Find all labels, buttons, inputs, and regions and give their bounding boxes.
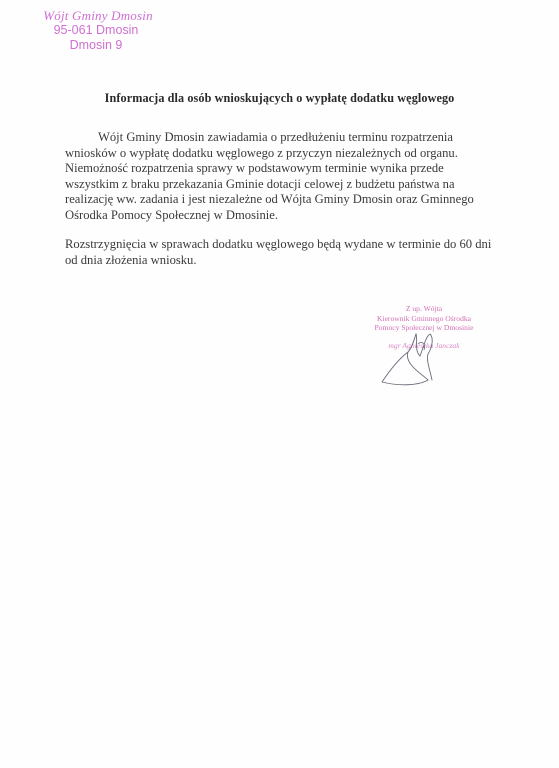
paragraph-line: Rozstrzygnięcia w sprawach dodatku węglo… bbox=[65, 237, 545, 253]
stamp-line-postcode: 95-061 Dmosin bbox=[34, 23, 158, 38]
handwritten-signature-icon bbox=[378, 330, 448, 390]
signature-line-authority: Z up. Wójta bbox=[360, 304, 488, 314]
paragraph-1: Wójt Gminy Dmosin zawiadamia o przedłuże… bbox=[65, 130, 545, 224]
office-stamp: Wójt Gminy Dmosin 95-061 Dmosin Dmosin 9 bbox=[38, 8, 158, 53]
paragraph-line: Niemożność rozpatrzenia sprawy w podstaw… bbox=[65, 161, 545, 177]
paragraph-line: wniosków o wypłatę dodatku węglowego z p… bbox=[65, 146, 545, 162]
document-page: Wójt Gminy Dmosin 95-061 Dmosin Dmosin 9… bbox=[0, 0, 559, 768]
paragraph-line: Wójt Gminy Dmosin zawiadamia o przedłuże… bbox=[65, 130, 545, 146]
paragraph-line: wszystkim z braku przekazania Gminie dot… bbox=[65, 177, 545, 193]
paragraph-line: od dnia złożenia wniosku. bbox=[65, 253, 545, 269]
paragraph-line: Ośrodka Pomocy Społecznej w Dmosinie. bbox=[65, 208, 545, 224]
signature-line-title: Kierownik Gminnego Ośrodka bbox=[360, 314, 488, 324]
document-title: Informacja dla osób wnioskujących o wypł… bbox=[0, 91, 559, 106]
paragraph-line: realizację ww. zadania i jest niezależne… bbox=[65, 192, 545, 208]
paragraph-2: Rozstrzygnięcia w sprawach dodatku węglo… bbox=[65, 237, 545, 268]
stamp-line-office: Wójt Gminy Dmosin bbox=[38, 8, 158, 23]
stamp-line-address: Dmosin 9 bbox=[34, 38, 158, 53]
